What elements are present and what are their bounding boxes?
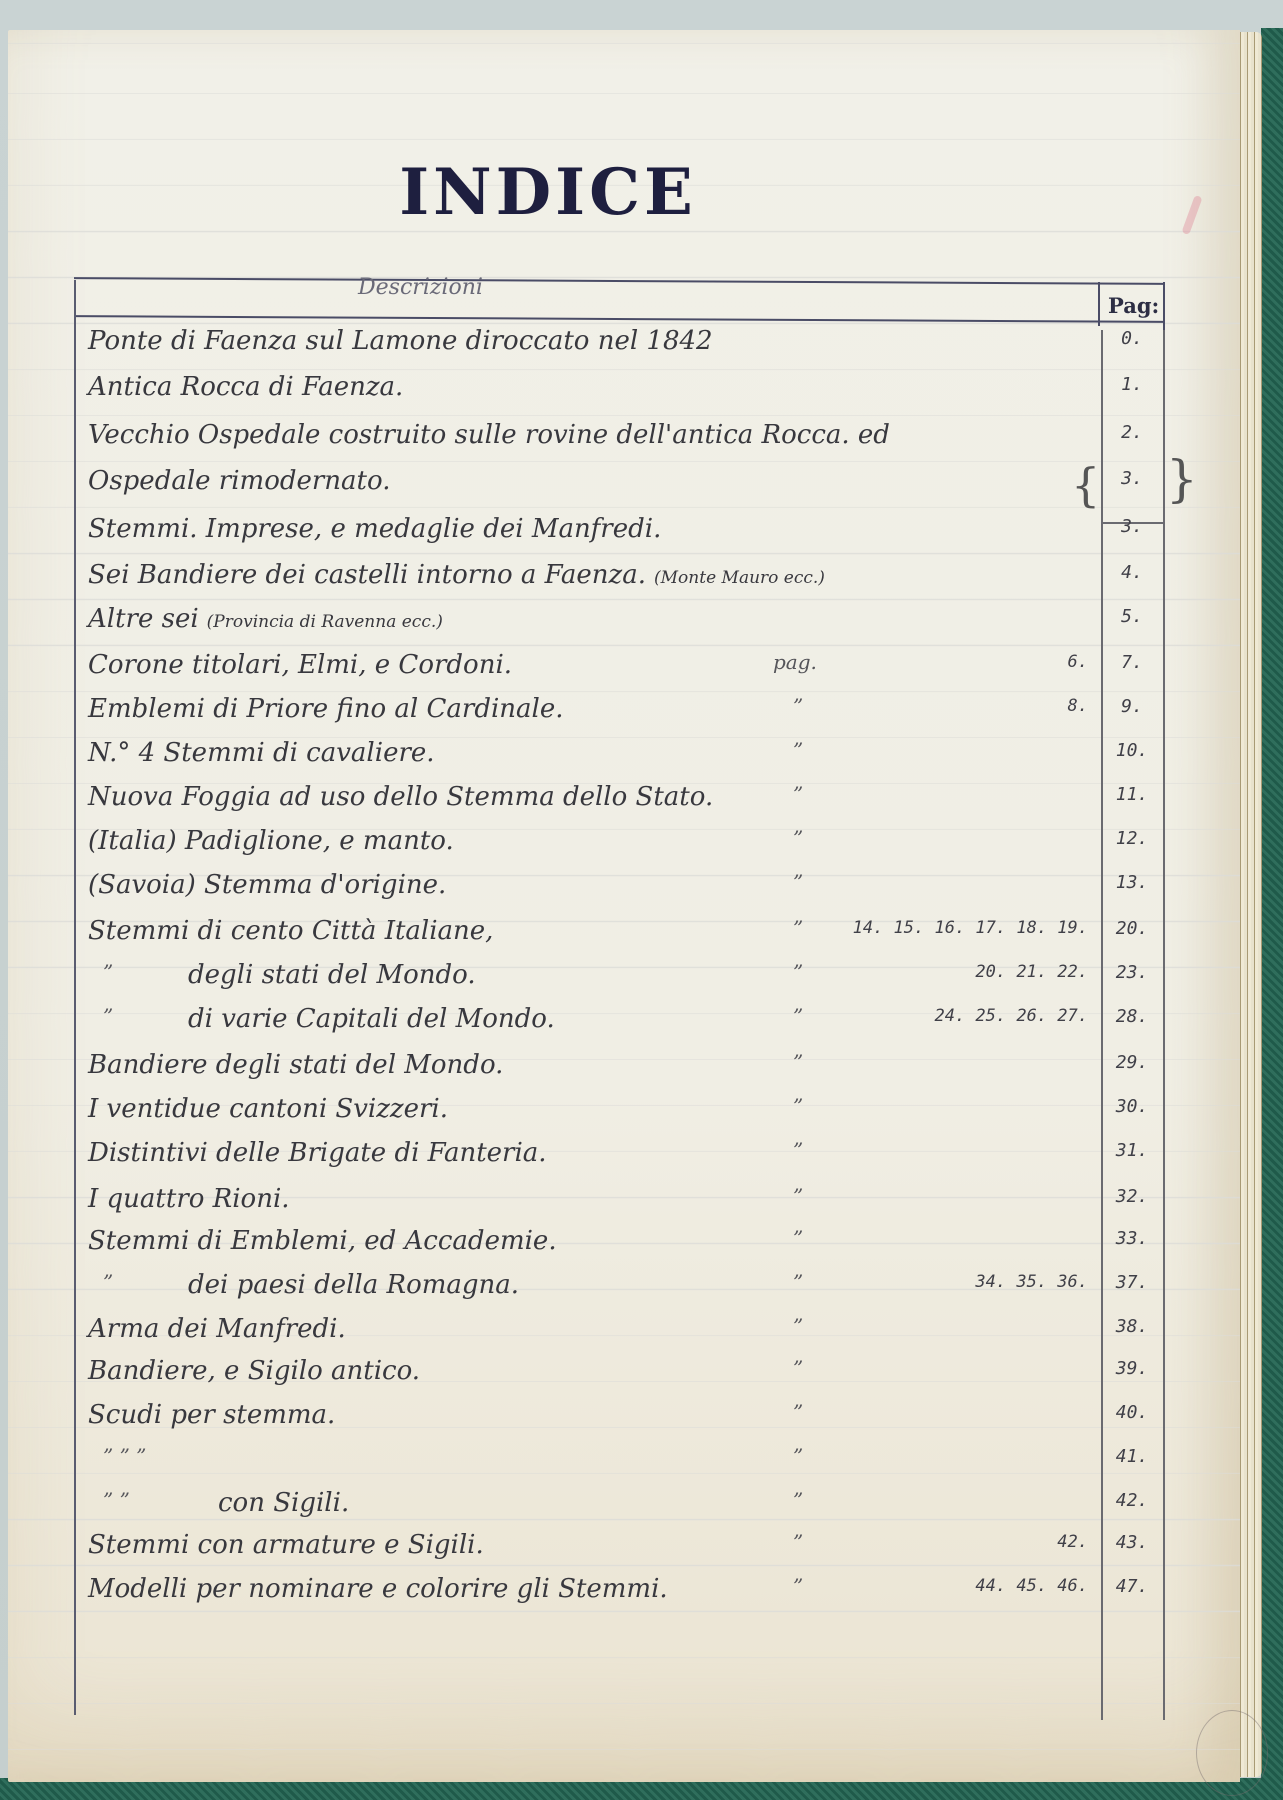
index-entry: Altre sei(Provincia di Ravenna ecc.)5. [8,604,1240,644]
entry-description: Distintivi delle Brigate di Fanteria. [88,1138,547,1168]
entry-description: I quattro Rioni. [88,1184,290,1214]
entry-description: Stemmi di cento Città Italiane, [88,916,493,946]
entry-page-number: 2. [1101,422,1163,443]
entry-description: Antica Rocca di Faenza. [88,372,403,402]
ditto-pag-marker: pag. [773,650,817,674]
entry-page-number: 43. [1101,1532,1163,1553]
entry-description-text: Bandiere, e Sigilo antico. [88,1356,420,1386]
index-entry: Vecchio Ospedale costruito sulle rovine … [8,420,1240,460]
entry-description-text: Stemmi di cento Città Italiane, [88,916,493,946]
entry-page-number: 5. [1101,606,1163,627]
entry-sub-pages: 6. [848,652,1088,672]
index-page: INDICE Descrizioni Pag: { } Ponte di Fae… [8,30,1240,1782]
index-entry: Stemmi. Imprese, e medaglie dei Manfredi… [8,514,1240,554]
ditto-mark: ” [103,1004,113,1028]
entry-page-number: 28. [1101,1006,1163,1027]
entry-page-number: 33. [1101,1228,1163,1249]
entry-page-number: 23. [1101,962,1163,983]
entry-description: di varie Capitali del Mondo. [188,1004,555,1034]
entry-page-number: 32. [1101,1186,1163,1207]
entry-description: con Sigili. [218,1488,349,1518]
entry-description-text: Modelli per nominare e colorire gli Stem… [88,1574,668,1604]
entry-page-number: 42. [1101,1490,1163,1511]
entry-page-number: 1. [1101,374,1163,395]
ditto-pag-marker: ” [793,694,803,718]
ditto-pag-marker: ” [793,1004,803,1028]
index-entry: ”degli stati del Mondo.”20. 21. 22.23. [8,960,1240,1000]
entry-description-text: Stemmi di Emblemi, ed Accademie. [88,1226,557,1256]
entry-description-text: Stemmi. Imprese, e medaglie dei Manfredi… [88,514,661,544]
entry-note: (Monte Mauro ecc.) [654,568,825,588]
index-entry: Distintivi delle Brigate di Fanteria.”31… [8,1138,1240,1178]
ditto-mark: ” ” [103,1488,130,1512]
index-entry: Emblemi di Priore fino al Cardinale.”8.9… [8,694,1240,734]
ditto-pag-marker: ” [793,1444,803,1468]
entry-description-text: (Savoia) Stemma d'origine. [88,870,446,900]
entry-page-number: 39. [1101,1358,1163,1379]
index-entry: (Italia) Padiglione, e manto.”12. [8,826,1240,866]
ditto-pag-marker: ” [793,1356,803,1380]
entry-description-text: Ponte di Faenza sul Lamone diroccato nel… [88,326,713,356]
index-entry: (Savoia) Stemma d'origine.”13. [8,870,1240,910]
entry-description: Arma dei Manfredi. [88,1314,346,1344]
index-entry: ”di varie Capitali del Mondo.”24. 25. 26… [8,1004,1240,1044]
entry-sub-pages: 44. 45. 46. [848,1576,1088,1596]
entry-page-number: 10. [1101,740,1163,761]
entry-sub-pages: 24. 25. 26. 27. [848,1006,1088,1026]
entry-page-number: 9. [1101,696,1163,717]
entry-description-text: Bandiere degli stati del Mondo. [88,1050,503,1080]
library-stamp [1196,1710,1268,1796]
ditto-pag-marker: ” [793,1138,803,1162]
index-entry: Ospedale rimodernato.3. [8,466,1240,506]
entry-description: N.° 4 Stemmi di cavaliere. [88,738,435,768]
entry-description: Vecchio Ospedale costruito sulle rovine … [88,420,890,450]
entry-page-number: 3. [1101,468,1163,489]
entry-description-text: dei paesi della Romagna. [188,1270,519,1300]
index-entry: Stemmi di Emblemi, ed Accademie.”33. [8,1226,1240,1266]
entry-description-text: Altre sei [88,604,199,634]
entry-sub-pages: 34. 35. 36. [848,1272,1088,1292]
entry-description: (Savoia) Stemma d'origine. [88,870,446,900]
index-entry: I ventidue cantoni Svizzeri.”30. [8,1094,1240,1134]
ditto-pag-marker: ” [793,1530,803,1554]
entry-description-text: Corone titolari, Elmi, e Cordoni. [88,650,512,680]
entry-description-text: con Sigili. [218,1488,349,1518]
entry-note: (Provincia di Ravenna ecc.) [207,612,443,632]
entry-description-text: I quattro Rioni. [88,1184,290,1214]
ditto-pag-marker: ” [793,960,803,984]
ditto-pag-marker: ” [793,1488,803,1512]
entry-description: Ponte di Faenza sul Lamone diroccato nel… [88,326,713,356]
entry-description-text: di varie Capitali del Mondo. [188,1004,555,1034]
entry-description: Altre sei(Provincia di Ravenna ecc.) [88,604,443,634]
binding-cloth-right [1261,28,1283,1788]
page-column-header: Pag: [1108,293,1159,318]
ditto-pag-marker: ” [793,1094,803,1118]
entry-description: Scudi per stemma. [88,1400,335,1430]
index-entry: I quattro Rioni.”32. [8,1184,1240,1224]
entry-page-number: 31. [1101,1140,1163,1161]
entry-page-number: 3. [1101,516,1163,537]
entry-description-text: I ventidue cantoni Svizzeri. [88,1094,448,1124]
entry-page-number: 38. [1101,1316,1163,1337]
entry-description: Sei Bandiere dei castelli intorno a Faen… [88,560,825,590]
entry-description: Stemmi di Emblemi, ed Accademie. [88,1226,557,1256]
index-entry: Bandiere degli stati del Mondo.”29. [8,1050,1240,1090]
entry-page-number: 0. [1101,328,1163,349]
index-entry: Modelli per nominare e colorire gli Stem… [8,1574,1240,1614]
entry-description: degli stati del Mondo. [188,960,476,990]
entry-page-number: 20. [1101,918,1163,939]
index-entry: Scudi per stemma.”40. [8,1400,1240,1440]
entry-description-text: Arma dei Manfredi. [88,1314,346,1344]
entry-description: Nuova Foggia ad uso dello Stemma dello S… [88,782,713,812]
ditto-pag-marker: ” [793,916,803,940]
index-entry: ” ” ””41. [8,1444,1240,1484]
entry-description: Stemmi con armature e Sigili. [88,1530,484,1560]
ditto-pag-marker: ” [793,1270,803,1294]
entry-page-number: 4. [1101,562,1163,583]
index-entry: Sei Bandiere dei castelli intorno a Faen… [8,560,1240,600]
ditto-pag-marker: ” [793,870,803,894]
entry-page-number: 29. [1101,1052,1163,1073]
entry-description-text: Vecchio Ospedale costruito sulle rovine … [88,420,890,450]
ditto-mark: ” ” ” [103,1444,146,1468]
ditto-pag-marker: ” [793,782,803,806]
entry-description: Corone titolari, Elmi, e Cordoni. [88,650,512,680]
entry-page-number: 11. [1101,784,1163,805]
index-entry: N.° 4 Stemmi di cavaliere.”10. [8,738,1240,778]
entry-description: Bandiere, e Sigilo antico. [88,1356,420,1386]
entry-page-number: 13. [1101,872,1163,893]
ditto-pag-marker: ” [793,1314,803,1338]
entry-sub-pages: 42. [848,1532,1088,1552]
entry-description-text: Sei Bandiere dei castelli intorno a Faen… [88,560,646,590]
entry-description-text: Antica Rocca di Faenza. [88,372,403,402]
entry-page-number: 7. [1101,652,1163,673]
entry-description-text: (Italia) Padiglione, e manto. [88,826,454,856]
entry-description-text: Distintivi delle Brigate di Fanteria. [88,1138,547,1168]
entry-description-text: degli stati del Mondo. [188,960,476,990]
entry-description-text: Nuova Foggia ad uso dello Stemma dello S… [88,782,713,812]
index-entry: ” ”con Sigili.”42. [8,1488,1240,1528]
entry-description-text: Stemmi con armature e Sigili. [88,1530,484,1560]
descriptions-header: Descrizioni [358,275,483,300]
index-entry: Corone titolari, Elmi, e Cordoni.pag.6.7… [8,650,1240,690]
entry-sub-pages: 8. [848,696,1088,716]
entry-description-text: Emblemi di Priore fino al Cardinale. [88,694,564,724]
ditto-pag-marker: ” [793,738,803,762]
index-entry: Arma dei Manfredi.”38. [8,1314,1240,1354]
entry-page-number: 12. [1101,828,1163,849]
entry-description-text: Ospedale rimodernato. [88,466,390,496]
index-entry: Ponte di Faenza sul Lamone diroccato nel… [8,326,1240,366]
index-entry: Bandiere, e Sigilo antico.”39. [8,1356,1240,1396]
page-title: INDICE [378,155,718,230]
index-entry: Antica Rocca di Faenza.1. [8,372,1240,412]
index-entry: Stemmi di cento Città Italiane,”14. 15. … [8,916,1240,956]
entry-sub-pages: 20. 21. 22. [848,962,1088,982]
entry-description: Ospedale rimodernato. [88,466,390,496]
ditto-mark: ” [103,960,113,984]
entry-description: Modelli per nominare e colorire gli Stem… [88,1574,668,1604]
entry-description: Stemmi. Imprese, e medaglie dei Manfredi… [88,514,661,544]
entry-description-text: N.° 4 Stemmi di cavaliere. [88,738,435,768]
entry-description: (Italia) Padiglione, e manto. [88,826,454,856]
entry-description: Emblemi di Priore fino al Cardinale. [88,694,564,724]
entry-page-number: 41. [1101,1446,1163,1467]
entry-description: dei paesi della Romagna. [188,1270,519,1300]
ditto-mark: ” [103,1270,113,1294]
index-entry: Nuova Foggia ad uso dello Stemma dello S… [8,782,1240,822]
index-entry: Stemmi con armature e Sigili.”42.43. [8,1530,1240,1570]
entry-page-number: 40. [1101,1402,1163,1423]
ditto-pag-marker: ” [793,1184,803,1208]
entry-sub-pages: 14. 15. 16. 17. 18. 19. [848,918,1088,938]
entry-description-text: Scudi per stemma. [88,1400,335,1430]
ditto-pag-marker: ” [793,1400,803,1424]
entry-description: Bandiere degli stati del Mondo. [88,1050,503,1080]
index-entry: ”dei paesi della Romagna.”34. 35. 36.37. [8,1270,1240,1310]
entry-page-number: 30. [1101,1096,1163,1117]
entry-page-number: 47. [1101,1576,1163,1597]
ditto-pag-marker: ” [793,1226,803,1250]
entry-page-number: 37. [1101,1272,1163,1293]
entry-description: I ventidue cantoni Svizzeri. [88,1094,448,1124]
ditto-pag-marker: ” [793,1050,803,1074]
ditto-pag-marker: ” [793,826,803,850]
ditto-pag-marker: ” [793,1574,803,1598]
